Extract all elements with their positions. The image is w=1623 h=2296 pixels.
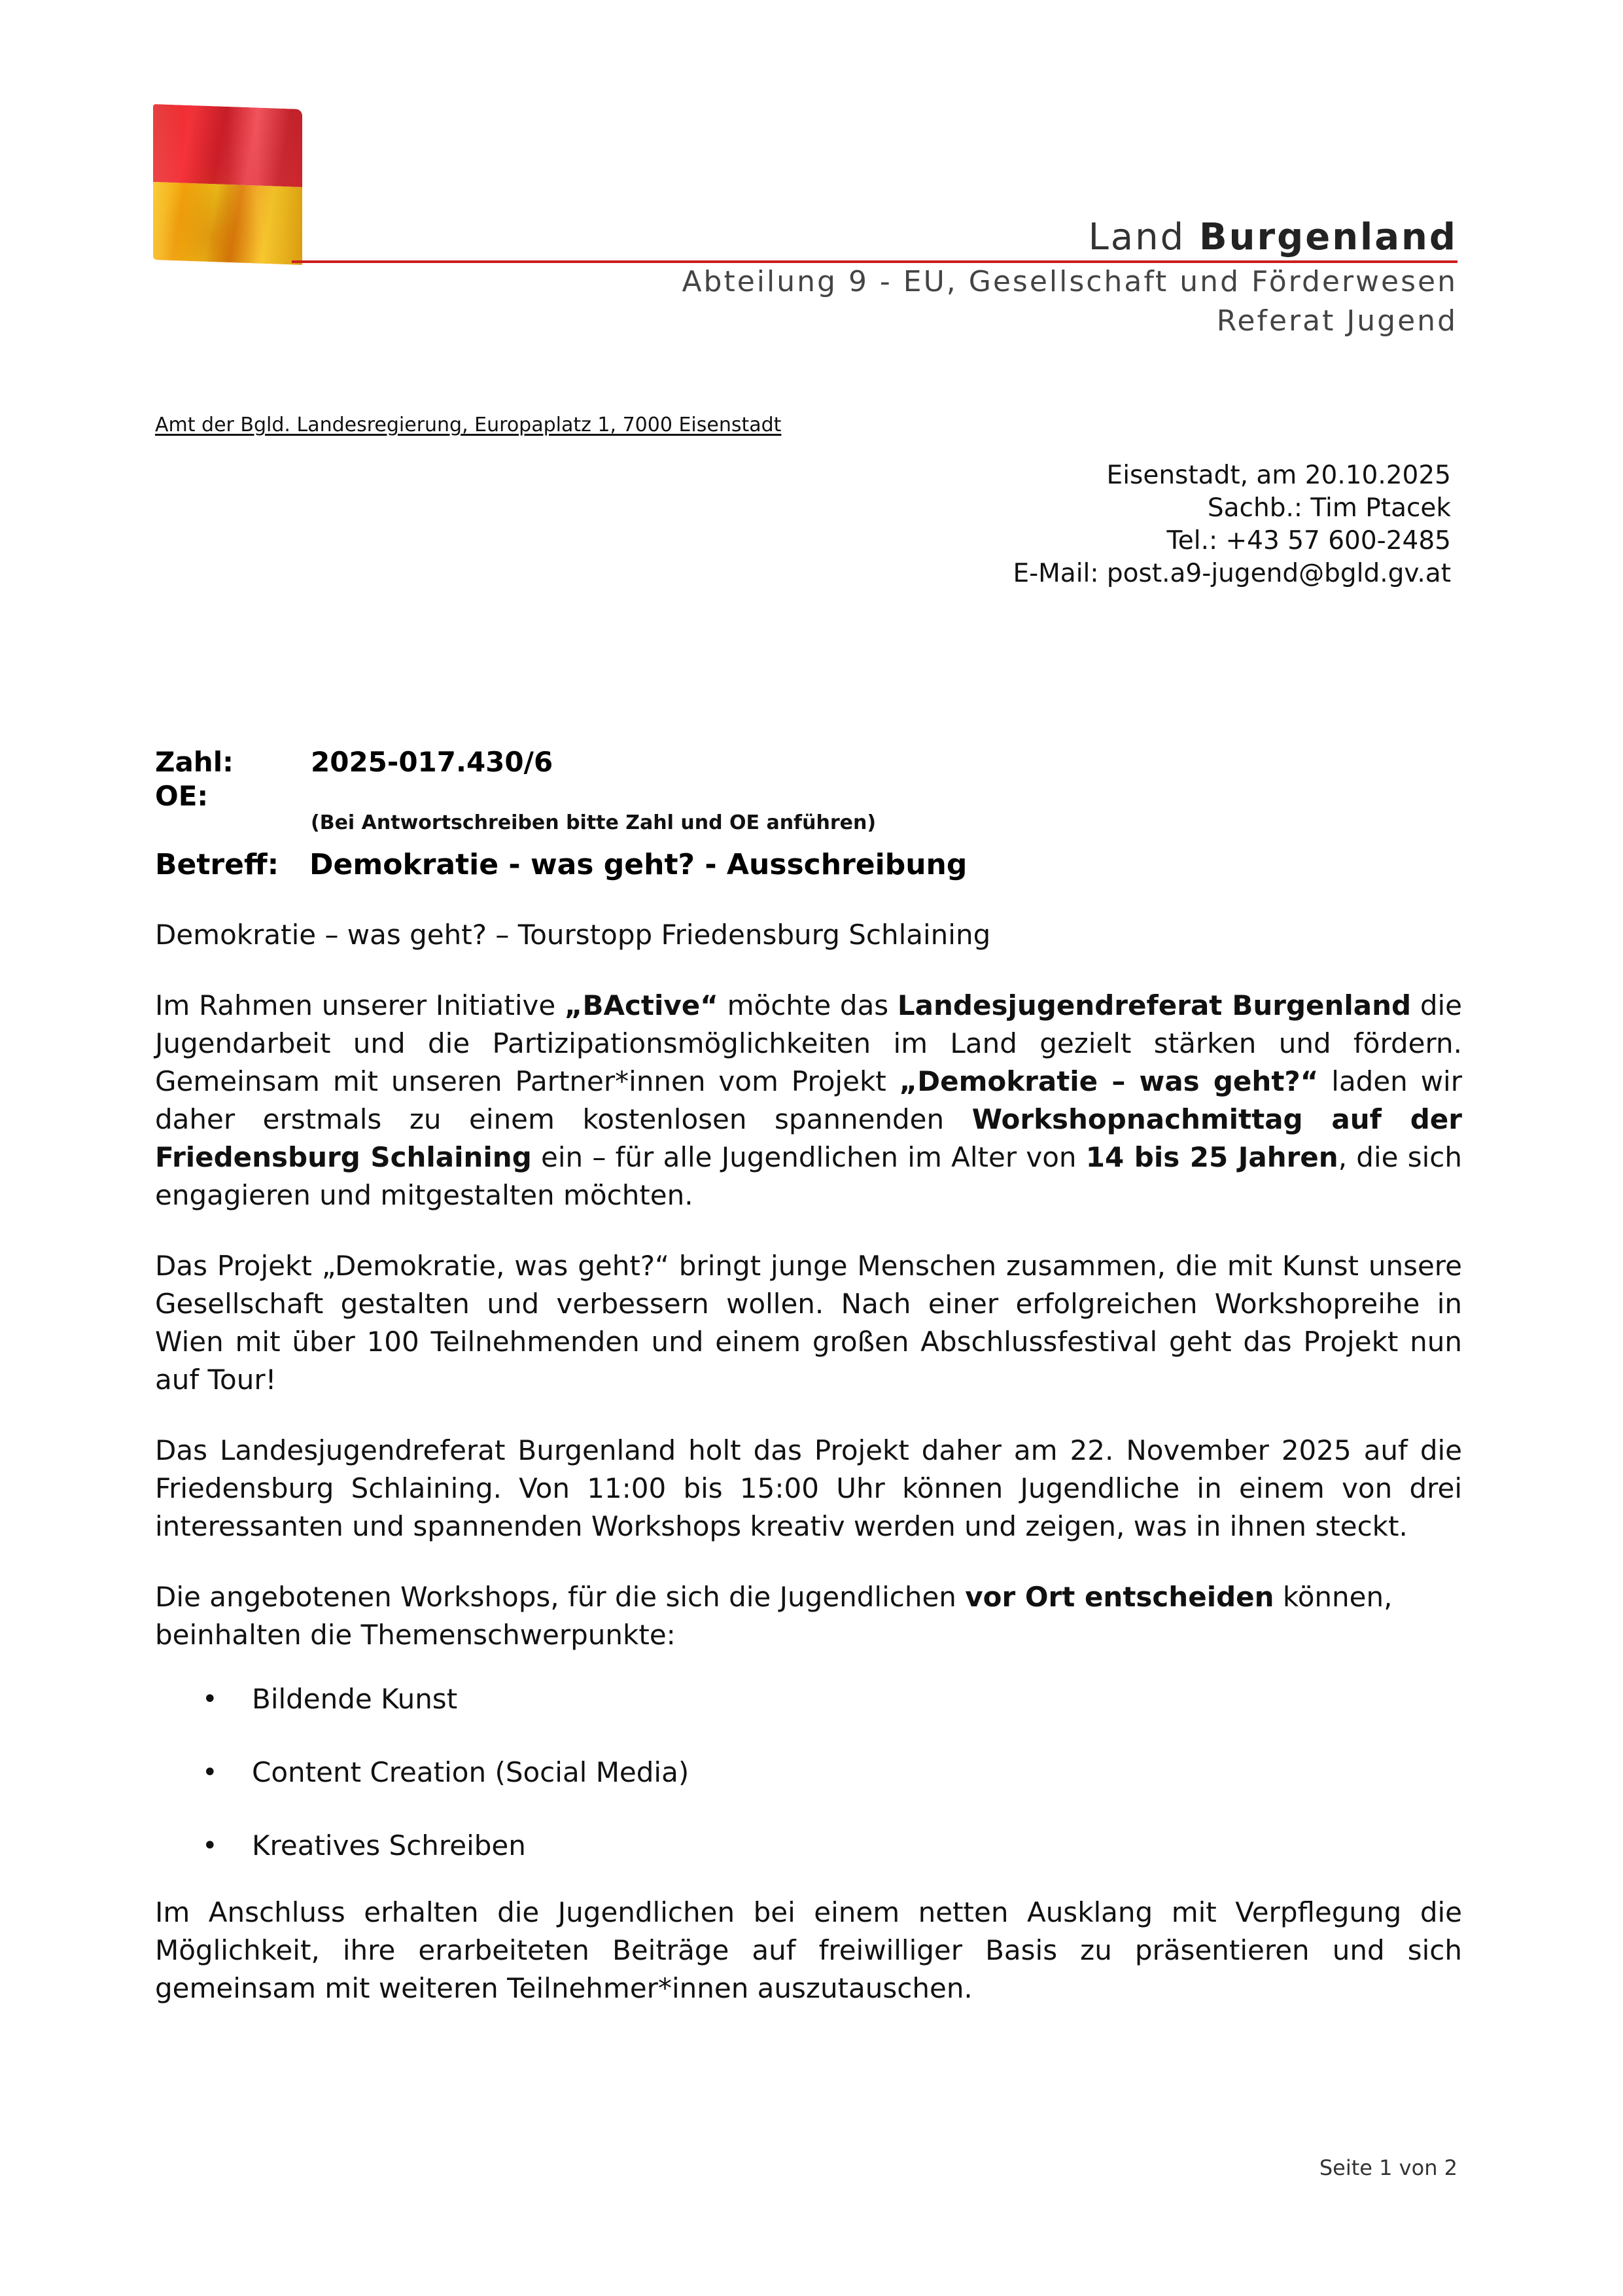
paragraph-intro: Im Rahmen unserer Initiative „BActive“ m… [155, 987, 1462, 1214]
body-subtitle: Demokratie – was geht? – Tourstopp Fried… [155, 916, 1462, 954]
paragraph-project: Das Projekt „Demokratie, was geht?“ brin… [155, 1247, 1462, 1399]
phone: Tel.: +43 57 600-2485 [1013, 525, 1451, 557]
list-item: •Bildende Kunst [155, 1680, 1462, 1718]
workshop-list: •Bildende Kunst •Content Creation (Socia… [155, 1680, 1462, 1865]
letterhead-department: Abteilung 9 - EU, Gesellschaft und Förde… [682, 265, 1457, 298]
page-number: Seite 1 von 2 [1319, 2155, 1457, 2180]
letter-body: Demokratie – was geht? – Tourstopp Fried… [155, 916, 1462, 2040]
zahl-value: 2025-017.430/6 [311, 746, 553, 778]
letterhead-title: Land Burgenland [1089, 216, 1457, 258]
paragraph-closing: Im Anschluss erhalten die Jugendlichen b… [155, 1894, 1462, 2007]
list-item: •Kreatives Schreiben [155, 1827, 1462, 1865]
title-bold: Burgenland [1199, 216, 1457, 258]
clerk: Sachb.: Tim Ptacek [1013, 492, 1451, 525]
letterhead-unit: Referat Jugend [1217, 304, 1457, 338]
place-date: Eisenstadt, am 20.10.2025 [1013, 459, 1451, 492]
email: E-Mail: post.a9-jugend@bgld.gv.at [1013, 557, 1451, 590]
sender-info-block: Eisenstadt, am 20.10.2025 Sachb.: Tim Pt… [1013, 459, 1451, 590]
return-address: Amt der Bgld. Landesregierung, Europapla… [155, 414, 781, 436]
burgenland-flag-logo [153, 104, 302, 265]
list-item: •Content Creation (Social Media) [155, 1754, 1462, 1792]
header-rule [292, 260, 1457, 263]
subject-value: Demokratie - was geht? - Ausschreibung [309, 848, 967, 881]
paragraph-workshops: Die angebotenen Workshops, für die sich … [155, 1578, 1462, 1654]
oe-label: OE: [155, 780, 208, 812]
subject-label: Betreff: [155, 848, 279, 881]
bullet-icon: • [202, 1827, 218, 1865]
bullet-icon: • [202, 1754, 218, 1792]
paragraph-event: Das Landesjugendreferat Burgenland holt … [155, 1432, 1462, 1545]
zahl-label: Zahl: [155, 746, 234, 778]
title-prefix: Land [1089, 216, 1199, 258]
bullet-icon: • [202, 1680, 218, 1718]
reply-hint: (Bei Antwortschreiben bitte Zahl und OE … [311, 811, 876, 834]
